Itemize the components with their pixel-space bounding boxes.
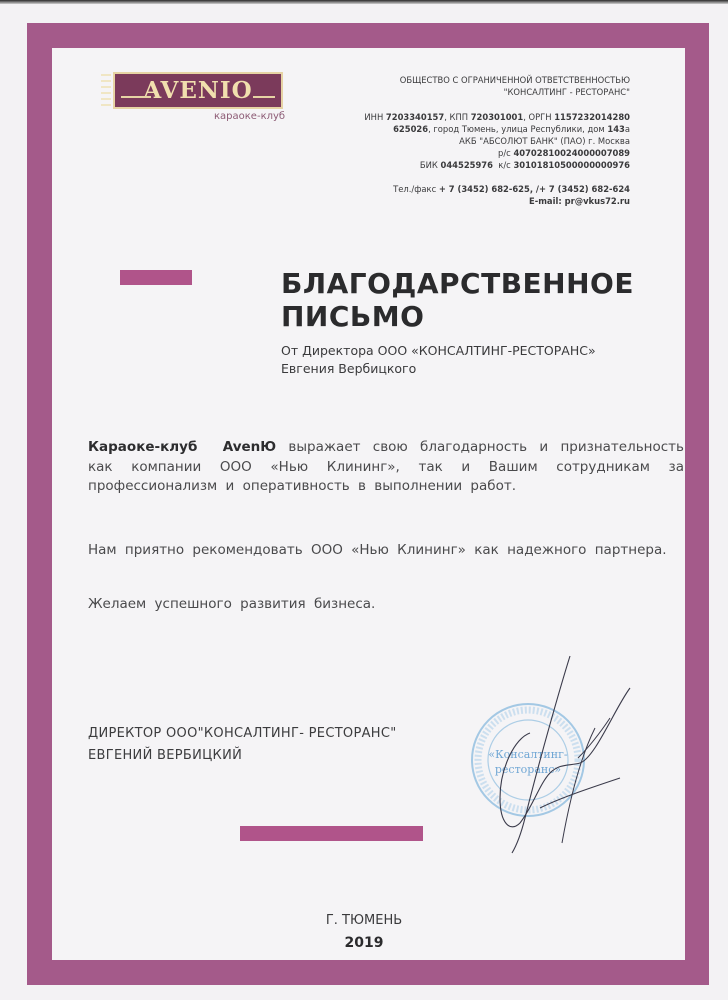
postcode: 625026: [393, 124, 428, 134]
from-line1: От Директора ООО «КОНСАЛТИНГ-РЕСТОРАНС»: [281, 342, 596, 360]
bank-name: АКБ "АБСОЛЮТ БАНК" (ПАО) г. Москва: [459, 136, 630, 148]
scan-edge: [0, 0, 728, 4]
bik-value: 044525976: [441, 160, 493, 170]
company-name-line2: "КОНСАЛТИНГ - РЕСТОРАНС": [504, 87, 630, 99]
page-title: БЛАГОДАРСТВЕННОЕ ПИСЬМО: [281, 267, 634, 333]
logo: AVENIO: [113, 72, 283, 109]
letter-from: От Директора ООО «КОНСАЛТИНГ-РЕСТОРАНС» …: [281, 342, 596, 378]
signer-name: ЕВГЕНИЙ ВЕРБИЦКИЙ: [88, 745, 397, 767]
company-address: 625026, город Тюмень, улица Республики, …: [393, 124, 630, 136]
body-paragraph-1: Караоке-клуб AvenЮ выражает свою благода…: [88, 438, 684, 497]
bik-label: БИК: [420, 160, 441, 170]
inn-label: ИНН: [364, 112, 386, 122]
bank-bik: БИК 044525976 к/с 30101810500000000976: [420, 160, 630, 172]
phone-label: Тел./факс: [393, 184, 439, 194]
phone-value: + 7 (3452) 682-625, /+ 7 (3452) 682-624: [439, 184, 630, 194]
from-line2: Евгения Вербицкого: [281, 360, 596, 378]
body-paragraph-2: Нам приятно рекомендовать ООО «Нью Клини…: [88, 541, 684, 561]
city: Г. ТЮМЕНЬ: [0, 913, 728, 928]
bank-account: р/с 40702810024000007089: [498, 148, 630, 160]
logo-line-right: [253, 96, 275, 98]
house-number: 143: [607, 124, 624, 134]
rs-value: 40702810024000007089: [513, 148, 630, 158]
accent-bar-bottom: [240, 826, 423, 841]
inn-value: 7203340157: [386, 112, 444, 122]
ks-value: 30101810500000000976: [513, 160, 630, 170]
body-paragraph-3: Желаем успешного развития бизнеса.: [88, 595, 684, 615]
kpp-label: , КПП: [444, 112, 471, 122]
company-name-line1: ОБЩЕСТВО С ОГРАНИЧЕННОЙ ОТВЕТСТВЕННОСТЬЮ: [400, 75, 630, 87]
year: 2019: [0, 935, 728, 951]
handwritten-signature: [470, 648, 640, 863]
signature-block: ДИРЕКТОР ООО"КОНСАЛТИНГ- РЕСТОРАНС" ЕВГЕ…: [88, 723, 397, 767]
ogrn-value: 1157232014280: [554, 112, 630, 122]
ks-label: к/с: [493, 160, 513, 170]
kpp-value: 720301001: [471, 112, 523, 122]
accent-bar-top: [120, 270, 192, 285]
contact-phone: Тел./факс + 7 (3452) 682-625, /+ 7 (3452…: [393, 184, 630, 196]
ogrn-label: , ОРГН: [523, 112, 554, 122]
signer-position: ДИРЕКТОР ООО"КОНСАЛТИНГ- РЕСТОРАНС": [88, 723, 397, 745]
company-registration: ИНН 7203340157, КПП 720301001, ОРГН 1157…: [364, 112, 630, 124]
rs-label: р/с: [498, 148, 513, 158]
email-value: pr@vkus72.ru: [565, 196, 630, 206]
contact-email: E-mail: pr@vkus72.ru: [529, 196, 630, 208]
title-line1: БЛАГОДАРСТВЕННОЕ: [281, 267, 634, 300]
logo-subtitle: караоке-клуб: [214, 111, 285, 122]
email-label: E-mail:: [529, 196, 565, 206]
title-line2: ПИСЬМО: [281, 300, 634, 333]
club-name: Караоке-клуб AvenЮ: [88, 439, 276, 455]
logo-text: AVENIO: [143, 77, 252, 104]
logo-ornament: [101, 74, 111, 108]
logo-line-left: [121, 96, 151, 98]
house-suffix: а: [625, 124, 630, 134]
address-text: , город Тюмень, улица Республики, дом: [428, 124, 607, 134]
